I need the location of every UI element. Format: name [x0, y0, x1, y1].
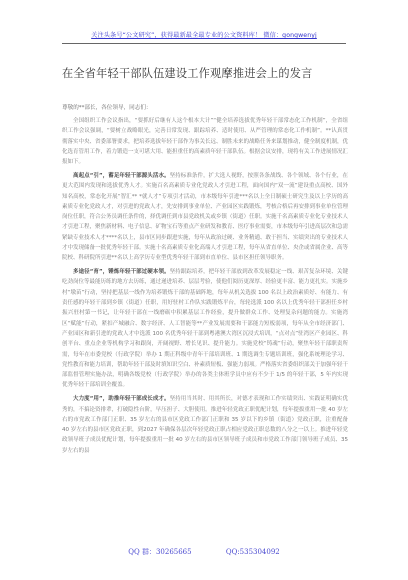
- paragraph-lead: 多途径“育”，锤炼年轻干部过硬本领。: [73, 269, 170, 275]
- document-body: 全国组织工作会议指出，“要抓好后继有人这个根本大计”“健全培养选拔优秀年轻干部常…: [62, 116, 348, 460]
- paragraph-cultivate: 多途径“育”，锤炼年轻干部过硬本领。坚持跟踪培养，把年轻干部放到改革发展稳定一线…: [62, 267, 348, 391]
- footer-contact: QQ 群：30265665 QQ:535304092: [0, 547, 408, 557]
- header-promo-link[interactable]: 关注头条号“公文研究”，获得最新最全最专业的公文资料库！ 微信：gongweny…: [91, 32, 317, 39]
- paragraph-text: 坚持跟踪培养，把年轻干部放到改革发展稳定一线、艰苦复杂环境、关键吃劲岗位等最能历…: [62, 269, 348, 388]
- paragraph-text: 全国组织工作会议指出，“要抓好后继有人这个根本大计”“健全培养选拔优秀年轻干部常…: [62, 118, 348, 165]
- paragraph-use: 大力度“用”，助推年轻干部成长成才。坚持用当其时、用其所长，对德才表现和工作实绩…: [62, 394, 348, 456]
- qq-number: QQ:535304092: [226, 548, 280, 556]
- paragraph-text: 坚持标准条件，扩大选人视野，按照各条战线、各个领域、各个行业，在更大范围内发现和…: [62, 173, 348, 261]
- document-title: 在全省年轻干部队伍建设工作观摩推进会上的发言: [62, 65, 362, 81]
- paragraph-intro: 全国组织工作会议指出，“要抓好后继有人这个根本大计”“健全培养选拔优秀年轻干部常…: [62, 116, 348, 167]
- paragraph-attract: 高起点“引”，蓄足年轻干部源头活水。坚持标准条件，扩大选人视野，按照各条战线、各…: [62, 171, 348, 264]
- paragraph-lead: 高起点“引”，蓄足年轻干部源头活水。: [73, 173, 170, 179]
- paragraph-lead: 大力度“用”，助推年轻干部成长成才。: [73, 396, 170, 402]
- salutation: 尊敬的**部长，各位领导，同志们：: [62, 103, 152, 111]
- qq-group-number: QQ 群：30265665: [128, 548, 191, 556]
- header-banner: 关注头条号“公文研究”，获得最新最全最专业的公文资料库！ 微信：gongweny…: [62, 22, 346, 44]
- paragraph-text: 坚持用当其时、用其所长，对德才表现和工作实绩突出、实践证明确实优秀的，不搞论资排…: [62, 396, 348, 453]
